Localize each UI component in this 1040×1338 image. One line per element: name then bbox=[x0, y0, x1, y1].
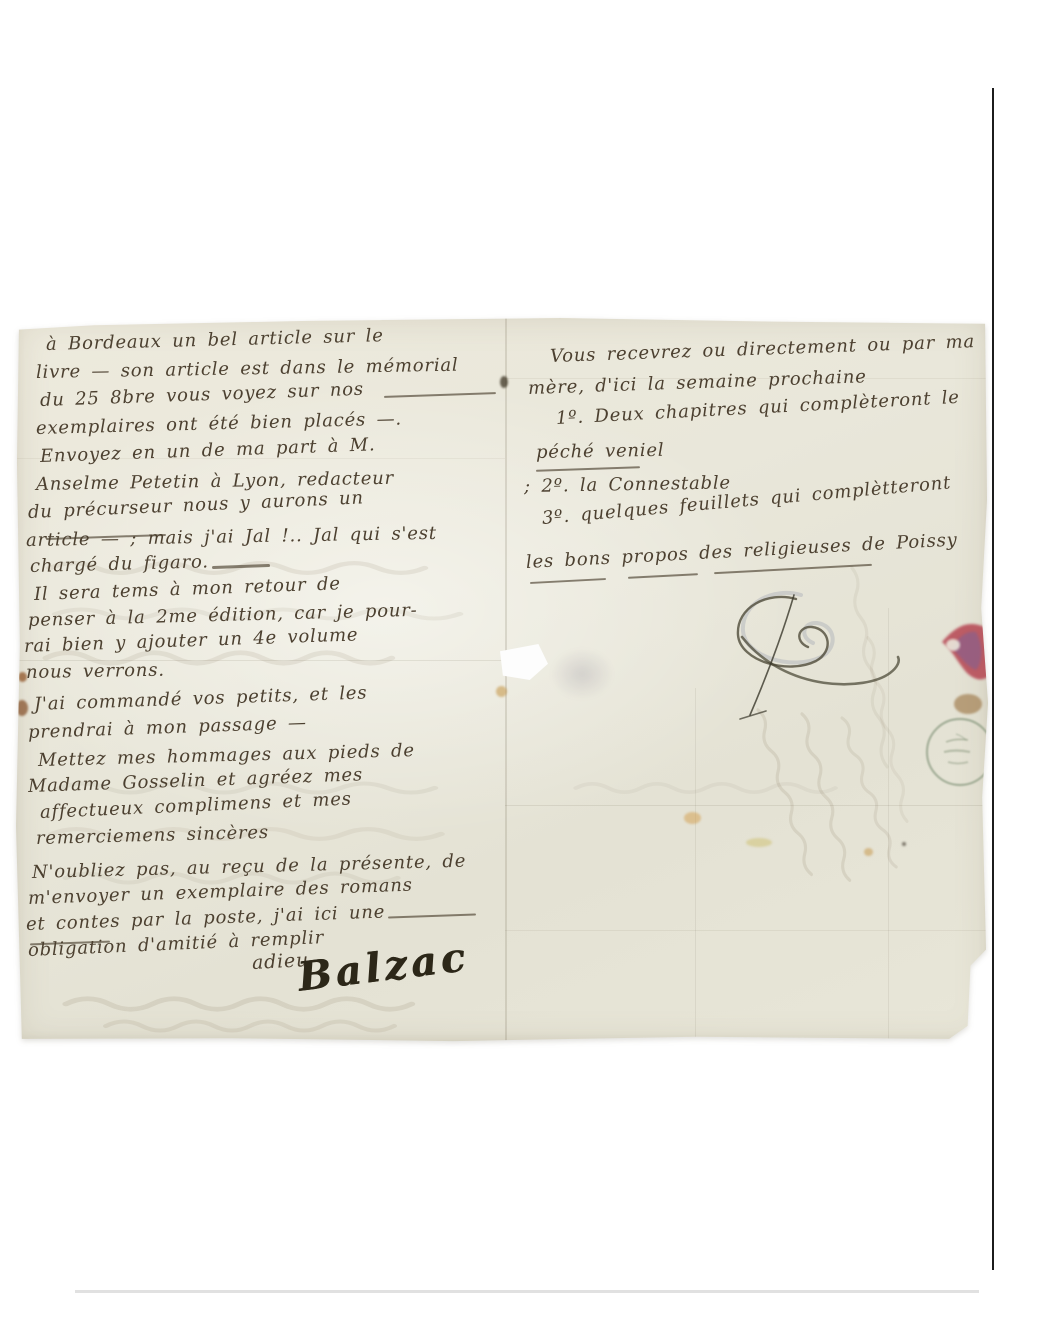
paper-background: à Bordeaux un bel article sur le livre —… bbox=[16, 318, 988, 1044]
fold-crease bbox=[888, 608, 889, 1044]
seal-stain bbox=[954, 694, 982, 714]
ink-underline bbox=[384, 392, 496, 398]
ink-underline bbox=[212, 564, 270, 569]
handwriting-line: du 25 8bre vous voyez sur nos bbox=[40, 379, 365, 411]
handwriting-line: Envoyez en un de ma part à M. bbox=[40, 434, 376, 467]
handwriting-line: J'ai commandé vos petits, et les bbox=[34, 682, 368, 715]
stain bbox=[496, 686, 507, 697]
ink-underline bbox=[536, 466, 640, 472]
hole-smudge bbox=[550, 648, 614, 700]
ink-underline bbox=[628, 573, 698, 579]
handwriting-line: penser à la 2me édition, car je pour- bbox=[28, 600, 418, 631]
stain bbox=[16, 700, 28, 716]
ink-underline bbox=[530, 578, 606, 584]
ink-underline bbox=[714, 564, 872, 574]
scan-canvas: à Bordeaux un bel article sur le livre —… bbox=[0, 0, 1040, 1338]
stain bbox=[902, 842, 906, 846]
fold-crease bbox=[505, 318, 507, 1044]
stain bbox=[864, 848, 873, 856]
fold-crease bbox=[695, 688, 696, 1044]
handwriting-line: livre — son article est dans le mémorial bbox=[36, 355, 459, 383]
handwriting-line: chargé du figaro. bbox=[30, 551, 209, 577]
handwriting-line: nous verrons. bbox=[26, 660, 165, 683]
footer-rule bbox=[75, 1290, 979, 1293]
handwriting-line: prendrai à mon passage — bbox=[28, 712, 308, 743]
page-divider-line bbox=[992, 88, 994, 1270]
handwriting-line: à Bordeaux un bel article sur le bbox=[46, 325, 384, 355]
ink-underline bbox=[388, 913, 476, 918]
fold-crease bbox=[505, 930, 988, 931]
letter-sheet: à Bordeaux un bel article sur le livre —… bbox=[16, 318, 988, 1044]
ink-blot bbox=[500, 376, 508, 388]
stain bbox=[684, 812, 701, 824]
round-stamp bbox=[916, 710, 1000, 794]
paper-hole bbox=[500, 644, 548, 680]
stain bbox=[746, 838, 772, 847]
handwriting-line: remerciemens sincères bbox=[36, 822, 269, 849]
handwriting-line: les bons propos des religieuses de Poiss… bbox=[525, 529, 958, 573]
fold-crease bbox=[505, 805, 988, 806]
handwriting-line: Vous recevrez ou directement ou par ma bbox=[550, 331, 976, 367]
handwriting-line: Il sera tems à mon retour de bbox=[34, 573, 341, 605]
handwriting-line: péché veniel bbox=[536, 440, 665, 463]
